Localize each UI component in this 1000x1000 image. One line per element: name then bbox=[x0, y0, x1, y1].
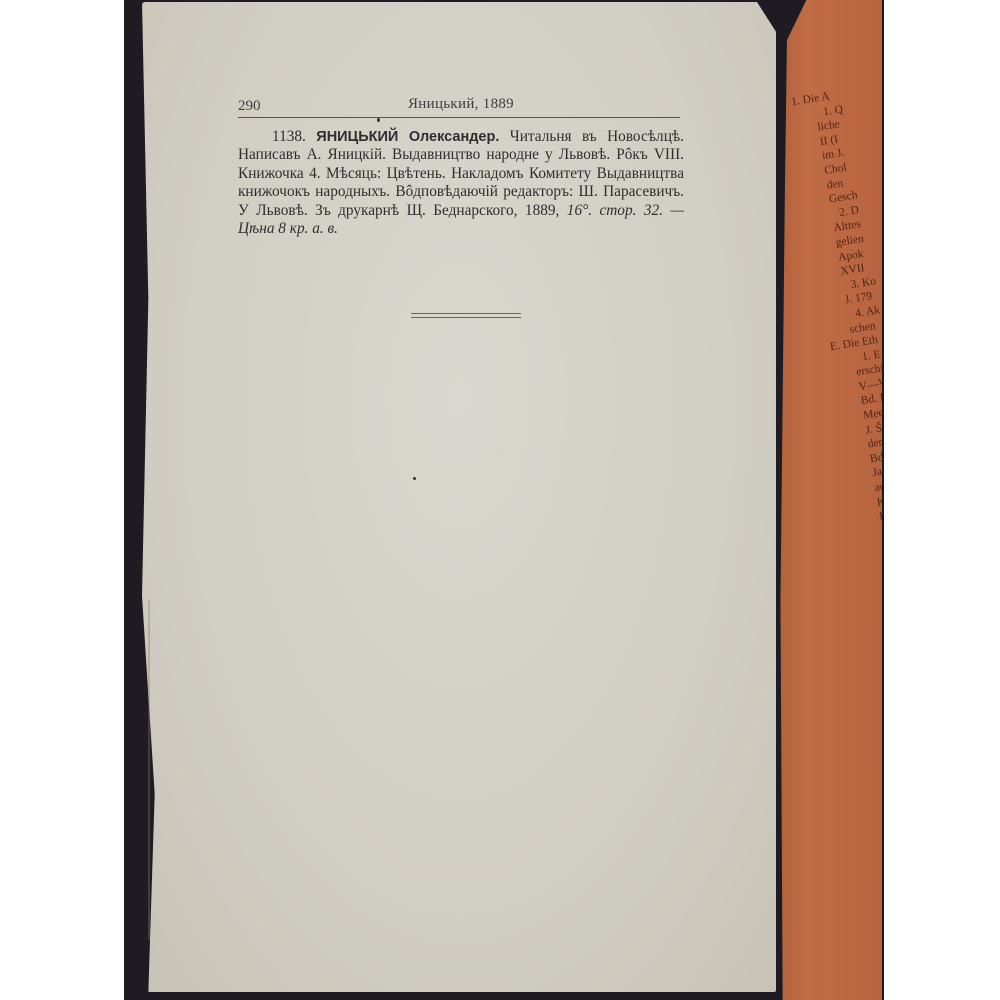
adjacent-orange-page: 1. Die A1. QlicheII (Iim J.CholdenGesch2… bbox=[774, 0, 882, 1000]
page-number: 290 bbox=[238, 98, 261, 115]
ink-speck bbox=[377, 118, 380, 122]
page-worn-edge bbox=[148, 600, 158, 940]
running-head-title: Яницький, 1889 bbox=[408, 96, 514, 113]
entry-number: 1138. bbox=[238, 128, 306, 145]
ink-speck bbox=[413, 477, 416, 480]
section-divider bbox=[411, 313, 521, 318]
entry-author: ЯНИЦЬКИЙ Олександер. bbox=[316, 129, 499, 145]
running-head: 290 Яницький, 1889 bbox=[238, 95, 680, 118]
bibliography-entry: 1138. ЯНИЦЬКИЙ Олександер. Читальня въ Н… bbox=[238, 128, 684, 238]
adjacent-page-text: 1. Die A1. QlicheII (Iim J.CholdenGesch2… bbox=[812, 73, 882, 913]
